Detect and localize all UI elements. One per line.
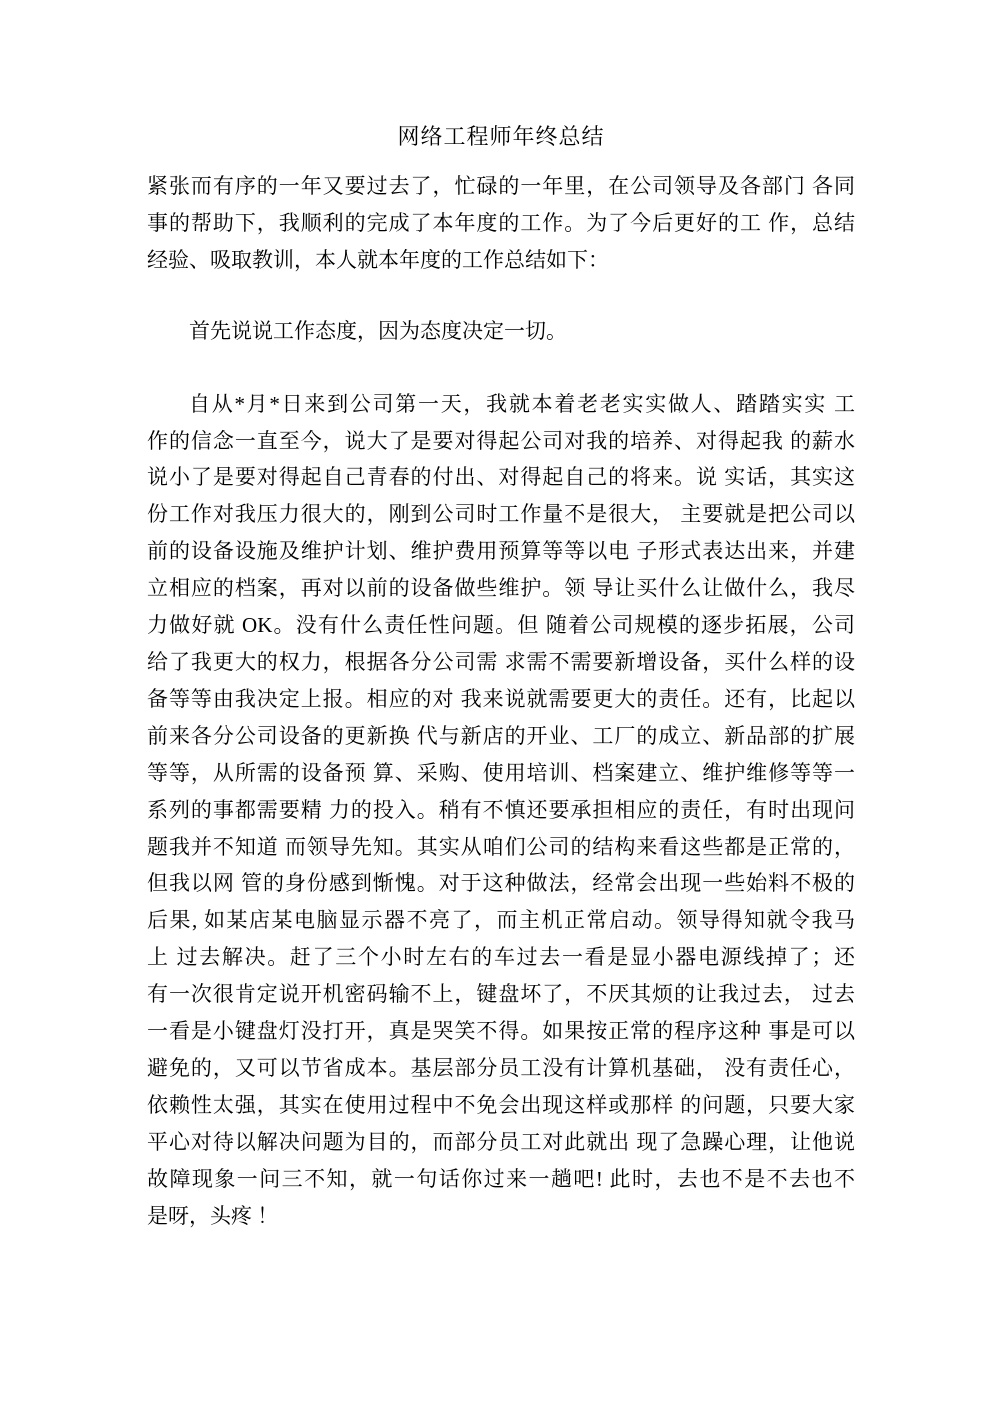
text-line: 前的设备设施及维护计划、维护费用预算等等以电 子形式表达出来，并建 xyxy=(147,533,855,570)
text-line: 备等等由我决定上报。相应的对 我来说就需要更大的责任。还有，比起以 xyxy=(147,681,855,718)
paragraph-attitude: 首先说说工作态度，因为态度决定一切。 xyxy=(147,313,855,350)
text-line: 事的帮助下，我顺利的完成了本年度的工作。为了今后更好的工 作，总结 xyxy=(147,205,855,242)
text-line: 避免的，又可以节省成本。基层部分员工没有计算机基础， 没有责任心， xyxy=(147,1050,855,1087)
text-line: 紧张而有序的一年又要过去了，忙碌的一年里，在公司领导及各部门 各同 xyxy=(147,168,855,205)
text-line: 立相应的档案，再对以前的设备做些维护。领 导让买什么让做什么，我尽 xyxy=(147,570,855,607)
text-line: 力做好就 OK。没有什么责任性问题。但 随着公司规模的逐步拓展，公司 xyxy=(147,607,855,644)
text-line: 份工作对我压力很大的，刚到公司时工作量不是很大， 主要就是把公司以 xyxy=(147,496,855,533)
text-line: 有一次很肯定说开机密码输不上，键盘坏了，不厌其烦的让我过去， 过去 xyxy=(147,976,855,1013)
text-line: 题我并不知道 而领导先知。其实从咱们公司的结构来看这些都是正常的， xyxy=(147,829,855,866)
text-line: 上 过去解决。赶了三个小时左右的车过去一看是显小器电源线掉了；还 xyxy=(147,939,855,976)
document-title: 网络工程师年终总结 xyxy=(147,122,855,152)
text-line: 平心对待以解决问题为目的，而部分员工对此就出 现了急躁心理，让他说 xyxy=(147,1124,855,1161)
text-line: 系列的事都需要精 力的投入。稍有不慎还要承担相应的责任，有时出现问 xyxy=(147,792,855,829)
text-line: 自从*月*日来到公司第一天，我就本着老老实实做人、踏踏实实 工 xyxy=(147,386,855,423)
document-content: 网络工程师年终总结 紧张而有序的一年又要过去了，忙碌的一年里，在公司领导及各部门… xyxy=(0,0,1000,1234)
text-line: 说小了是要对得起自己青春的付出、对得起自己的将来。说 实话，其实这 xyxy=(147,459,855,496)
text-line: 后果, 如某店某电脑显示器不亮了，而主机正常启动。领导得知就令我马 xyxy=(147,902,855,939)
text-line: 作的信念一直至今，说大了是要对得起公司对我的培养、对得起我 的薪水 xyxy=(147,423,855,460)
text-line: 依赖性太强，其实在使用过程中不免会出现这样或那样 的问题，只要大家 xyxy=(147,1087,855,1124)
paragraph-intro: 紧张而有序的一年又要过去了，忙碌的一年里，在公司领导及各部门 各同事的帮助下，我… xyxy=(147,168,855,279)
text-line: 首先说说工作态度，因为态度决定一切。 xyxy=(147,313,855,350)
text-line: 一看是小键盘灯没打开，真是哭笑不得。如果按正常的程序这种 事是可以 xyxy=(147,1013,855,1050)
paragraph-body: 自从*月*日来到公司第一天，我就本着老老实实做人、踏踏实实 工作的信念一直至今，… xyxy=(147,386,855,1235)
text-line: 但我以网 管的身份感到惭愧。对于这种做法，经常会出现一些始料不极的 xyxy=(147,865,855,902)
text-line: 前来各分公司设备的更新换 代与新店的开业、工厂的成立、新品部的扩展 xyxy=(147,718,855,755)
text-line: 故障现象一问三不知，就一句话你过来一趟吧! 此时，去也不是不去也不 xyxy=(147,1161,855,1198)
text-line: 给了我更大的权力，根据各分公司需 求需不需要新增设备，买什么样的设 xyxy=(147,644,855,681)
text-line: 是呀，头疼 ！ xyxy=(147,1198,855,1235)
text-line: 经验、吸取教训，本人就本年度的工作总结如下： xyxy=(147,242,855,279)
text-line: 等等，从所需的设备预 算、采购、使用培训、档案建立、维护维修等等一 xyxy=(147,755,855,792)
document-page: 网络工程师年终总结 紧张而有序的一年又要过去了，忙碌的一年里，在公司领导及各部门… xyxy=(0,0,1000,1415)
